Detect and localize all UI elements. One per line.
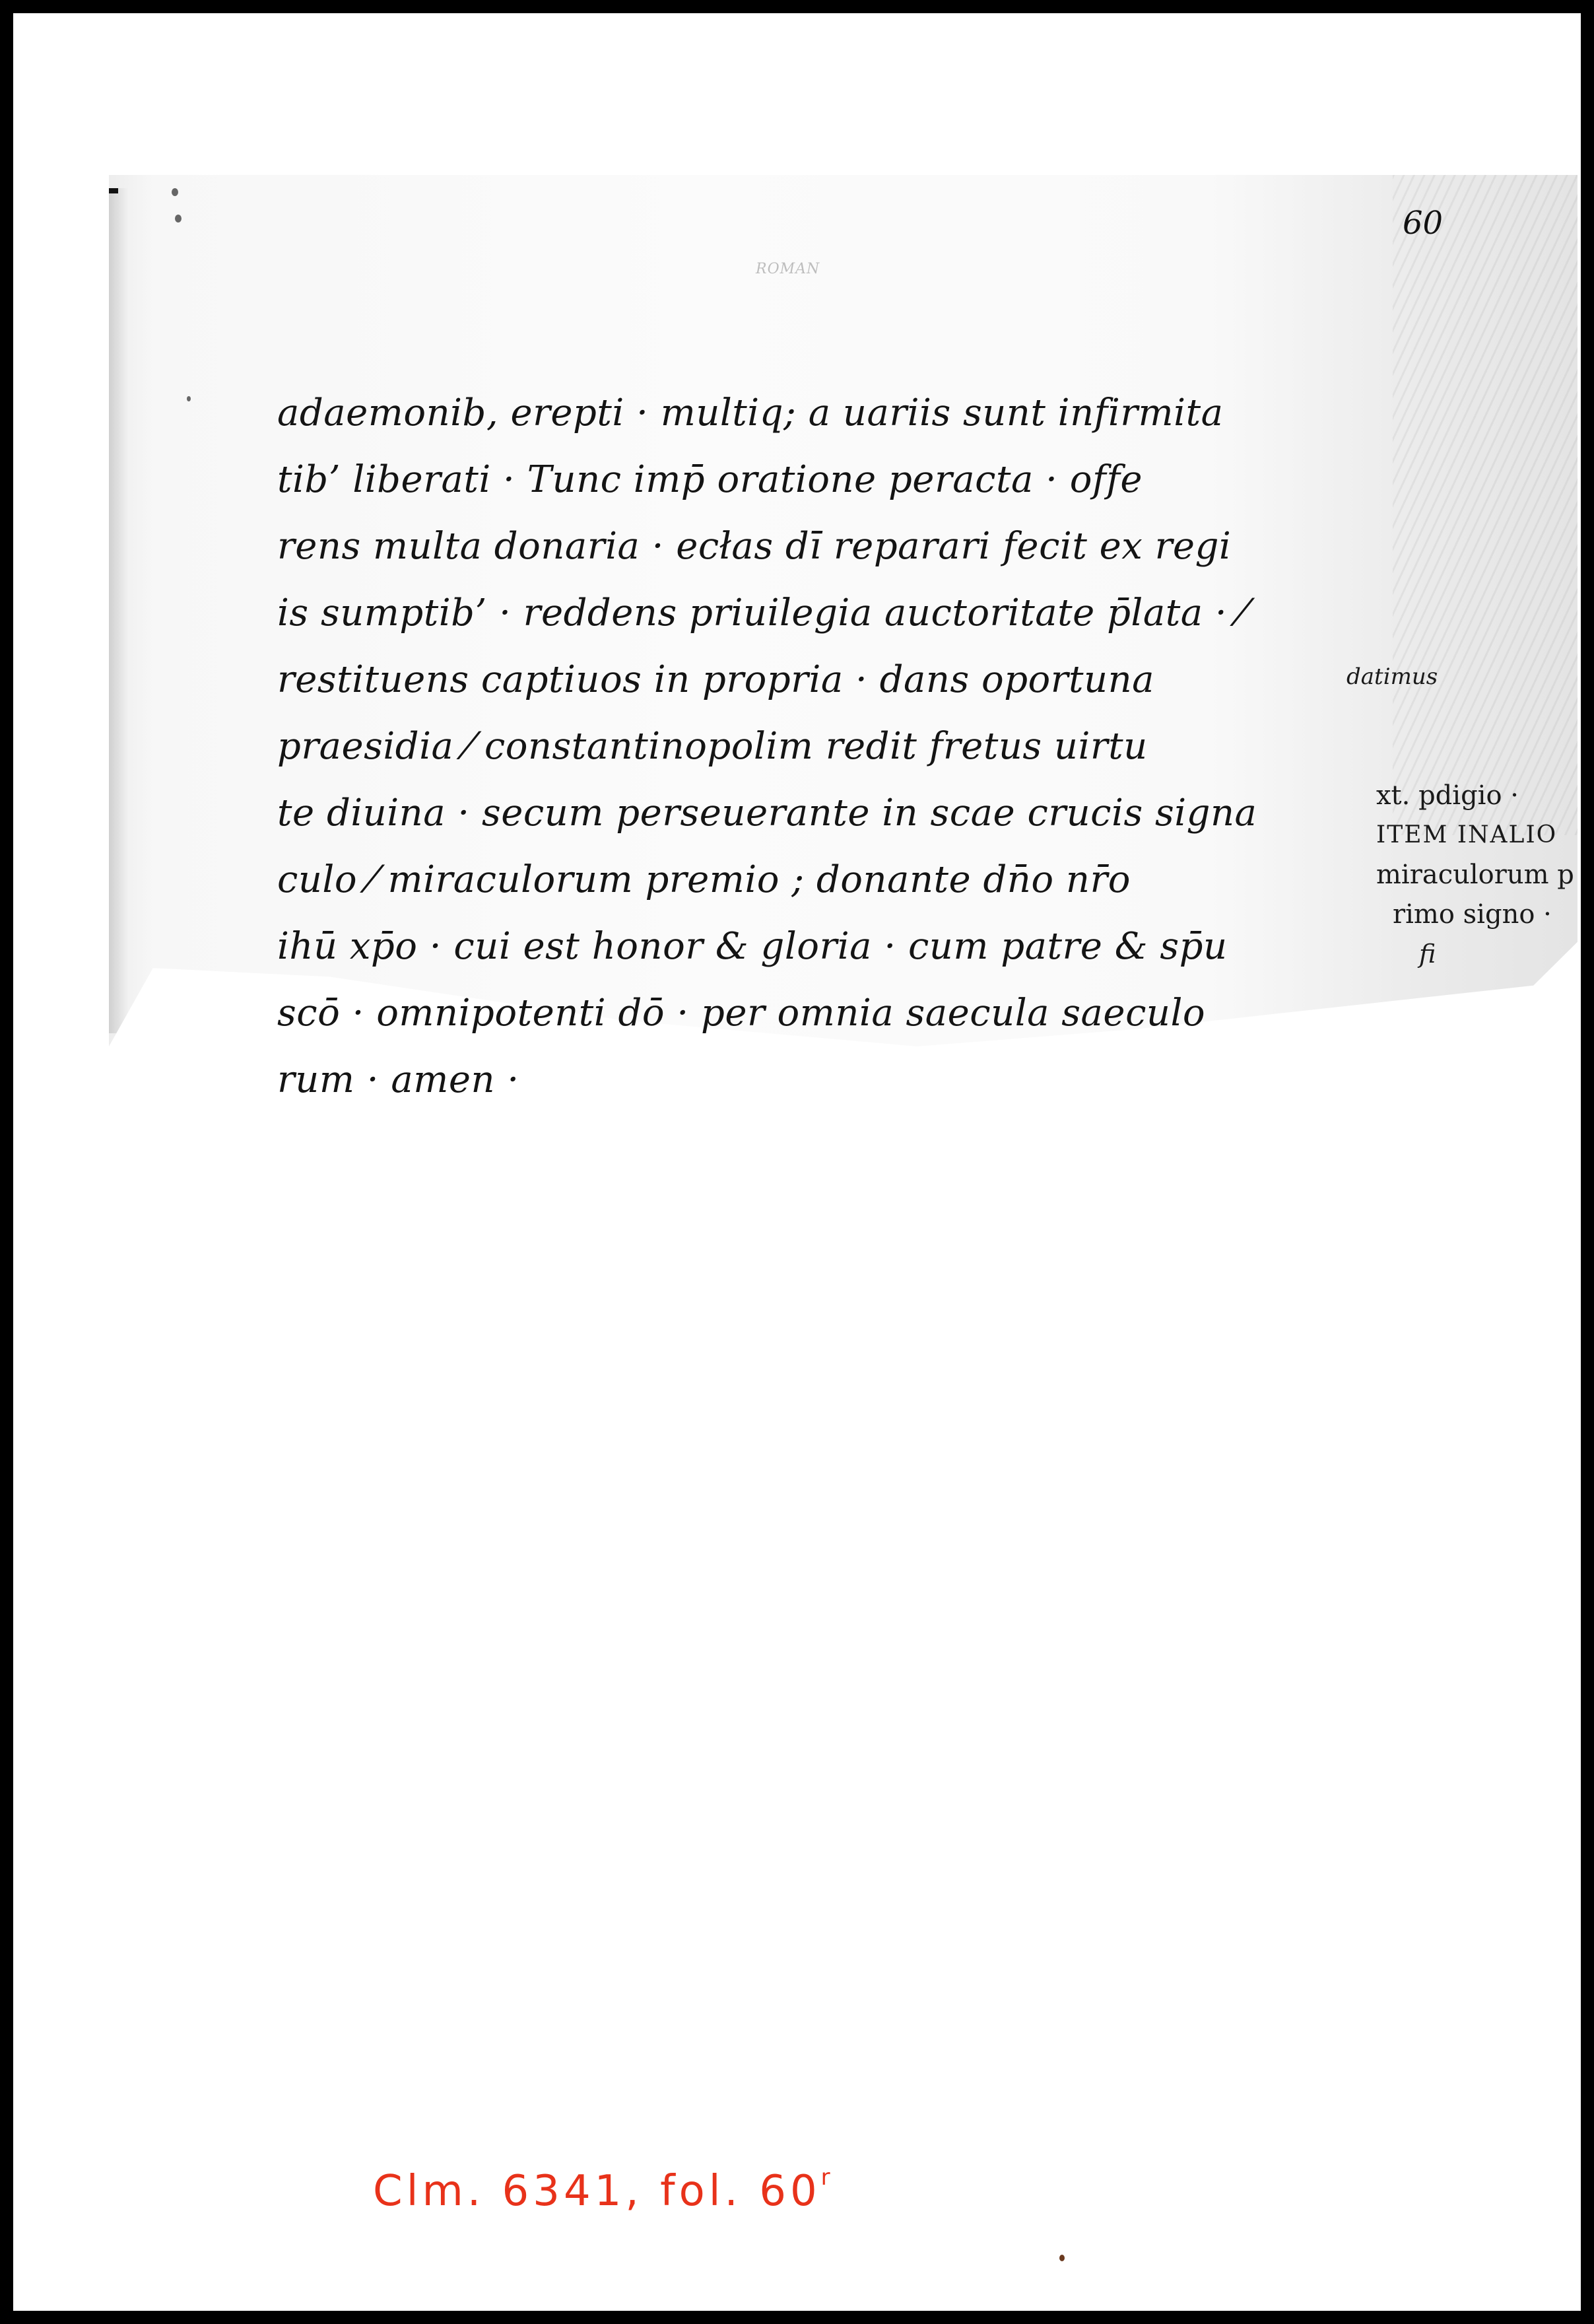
text-line: culo ⁄ miraculorum premio ; donante dn̄o… <box>277 846 1360 913</box>
scanned-page: ROMAN 60 adaemonib, erepti · multiq; a u… <box>13 13 1581 2311</box>
text-line: adaemonib, erepti · multiq; a uariis sun… <box>277 380 1360 446</box>
text-line: restituens captiuos in propria · dans op… <box>277 646 1360 713</box>
text-line: scō · omnipotenti dō · per omnia saecula… <box>277 980 1360 1046</box>
text-line: rens multa donaria · ecłas dī reparari f… <box>277 513 1360 580</box>
marginal-glosses: datimus xt. pdigio · ITEM INALIO miracul… <box>1346 664 1594 974</box>
margin-note: xt. pdigio · <box>1376 776 1594 815</box>
running-head: ROMAN <box>756 261 820 277</box>
shelfmark-text: Clm. 6341, fol. 60 <box>373 2167 821 2216</box>
margin-note: rimo signo · <box>1393 895 1594 934</box>
fragment-left-edge <box>109 188 129 1033</box>
ink-dot <box>172 188 178 196</box>
text-line: te diuina · secum perseuerante in scae c… <box>277 780 1360 846</box>
folio-number: 60 <box>1403 205 1443 242</box>
text-line: tib’ liberati · Tunc imp̄ oratione perac… <box>277 446 1360 513</box>
text-line: rum · amen · <box>277 1046 1360 1113</box>
ink-dot <box>187 396 191 401</box>
margin-note: fi <box>1419 934 1594 974</box>
paper-speck <box>1059 2255 1065 2261</box>
margin-note-catchword: datimus <box>1346 664 1594 776</box>
margin-note: miraculorum p <box>1376 855 1594 895</box>
shelfmark-recto: r <box>821 2164 834 2191</box>
edge-mark <box>109 188 118 193</box>
margin-note-rubric: ITEM INALIO <box>1376 815 1594 855</box>
text-line: praesidia ⁄ constantinopolim redit fretu… <box>277 713 1360 780</box>
main-text-block: adaemonib, erepti · multiq; a uariis sun… <box>277 380 1360 1113</box>
text-line: is sumptib’ · reddens priuilegia auctori… <box>277 580 1360 646</box>
text-line: ihū xp̄o · cui est honor & gloria · cum … <box>277 913 1360 980</box>
shelfmark-annotation: Clm. 6341, fol. 60r <box>373 2167 834 2216</box>
ink-dot <box>175 215 182 222</box>
